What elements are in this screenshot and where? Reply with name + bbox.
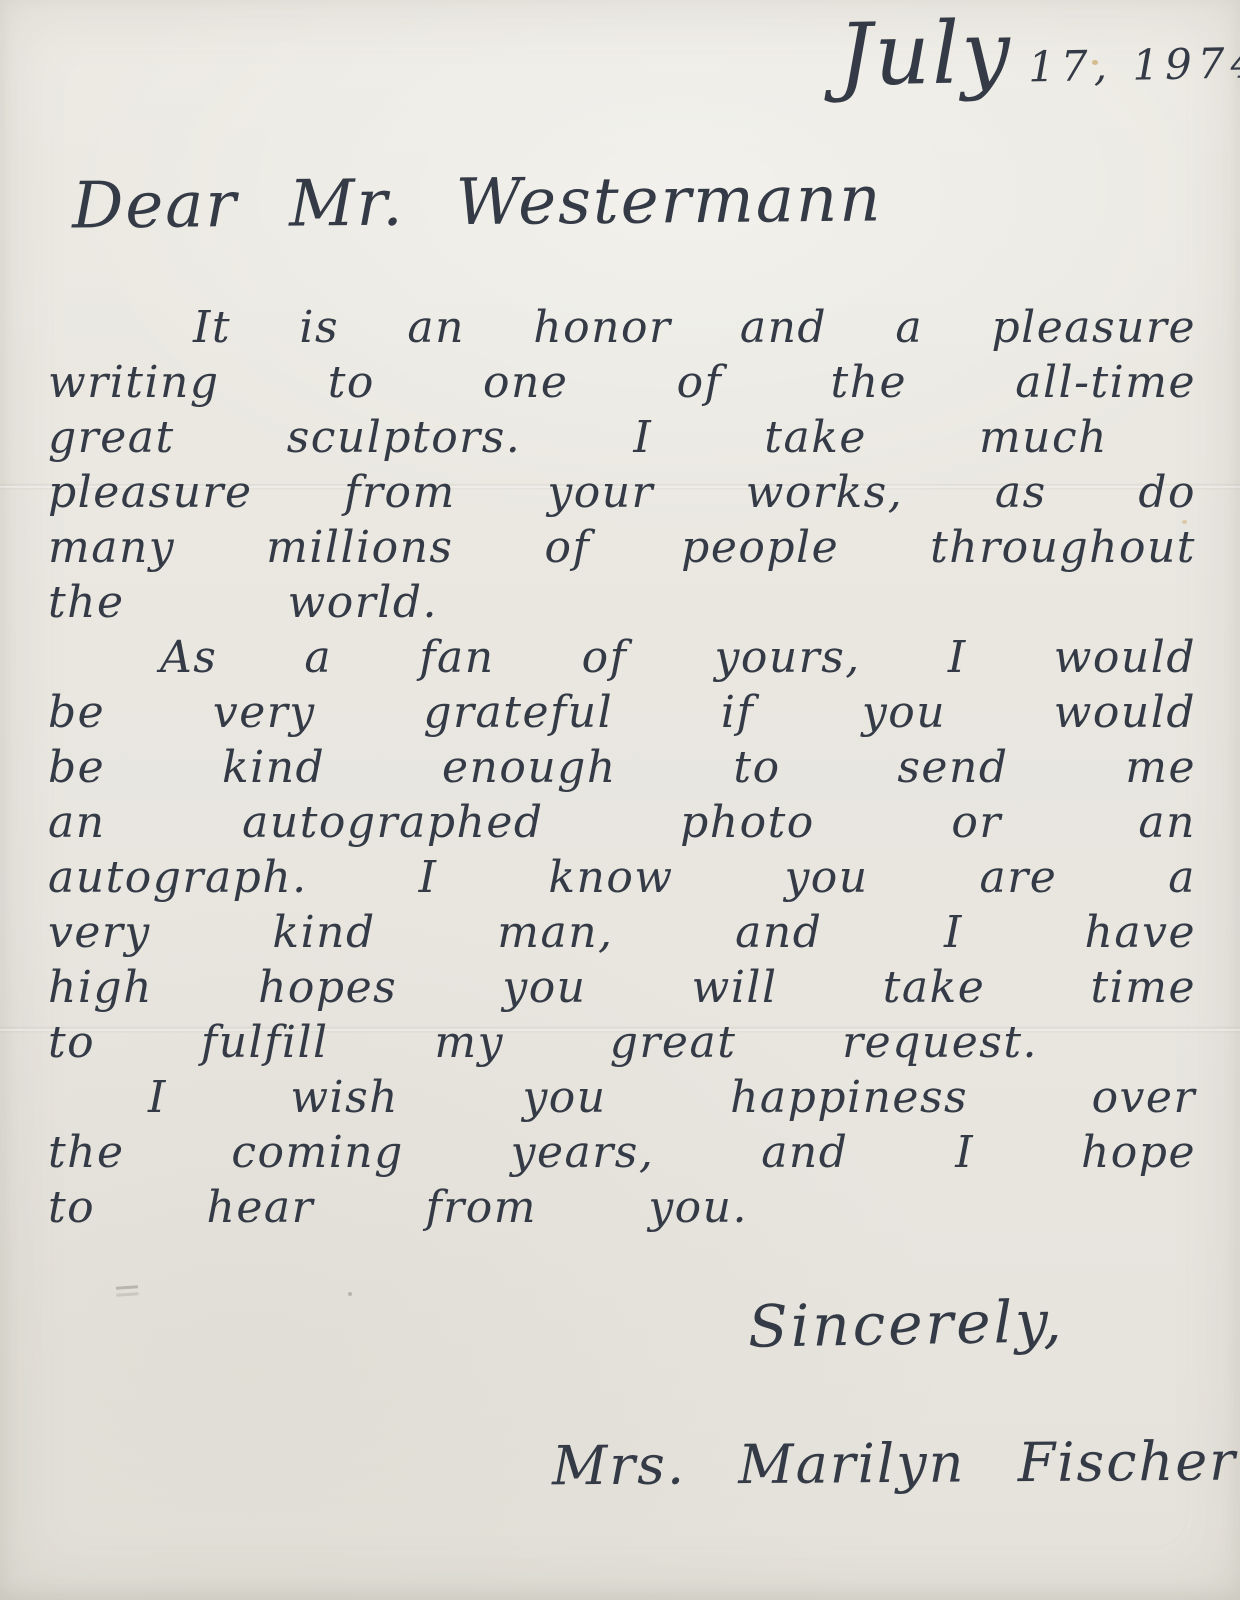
handwritten-line: writing to one of the all-time xyxy=(48,355,1196,410)
smudge-mark xyxy=(116,1285,138,1290)
handwritten-line: the world. xyxy=(48,575,438,630)
handwritten-line: pleasure from your works, as do xyxy=(48,465,1196,520)
letter-date-day-year: 17, 1974 xyxy=(1028,38,1240,91)
letter-closing: Sincerely, xyxy=(747,1287,1065,1361)
handwritten-line: an autographed photo or an xyxy=(48,795,1196,850)
letter-salutation: Dear Mr. Westermann xyxy=(72,162,883,243)
handwritten-line: be very grateful if you would xyxy=(48,685,1196,740)
letter-date-month: July xyxy=(837,3,1013,106)
handwritten-line: great sculptors. I take much xyxy=(48,410,1108,465)
handwritten-line: the coming years, and I hope xyxy=(48,1125,1196,1180)
letter-body: It is an honor and a pleasure writing to… xyxy=(48,300,1196,1235)
handwritten-line: many millions of people throughout xyxy=(48,520,1196,575)
handwritten-line: I wish you happiness over xyxy=(48,1070,1196,1125)
handwritten-line: As a fan of yours, I would xyxy=(48,630,1196,685)
letter-date: July 17, 1974 xyxy=(837,0,1240,106)
handwritten-line: be kind enough to send me xyxy=(48,740,1196,795)
handwritten-line: autograph. I know you are a xyxy=(48,850,1196,905)
paragraph-1: It is an honor and a pleasure writing to… xyxy=(48,300,1196,630)
handwritten-line: It is an honor and a pleasure xyxy=(48,300,1196,355)
handwritten-line: to fulfill my great request. xyxy=(48,1015,1038,1070)
paragraph-2: As a fan of yours, I would be very grate… xyxy=(48,630,1196,1070)
paper-speck xyxy=(348,1292,352,1296)
letter-page: July 17, 1974 Dear Mr. Westermann It is … xyxy=(0,0,1240,1600)
handwritten-line: very kind man, and I have xyxy=(48,905,1196,960)
paragraph-3: I wish you happiness over the coming yea… xyxy=(48,1070,1196,1235)
handwritten-line: high hopes you will take time xyxy=(48,960,1196,1015)
handwritten-line: to hear from you. xyxy=(48,1180,748,1235)
letter-signature: Mrs. Marilyn Fischer xyxy=(552,1430,1237,1498)
